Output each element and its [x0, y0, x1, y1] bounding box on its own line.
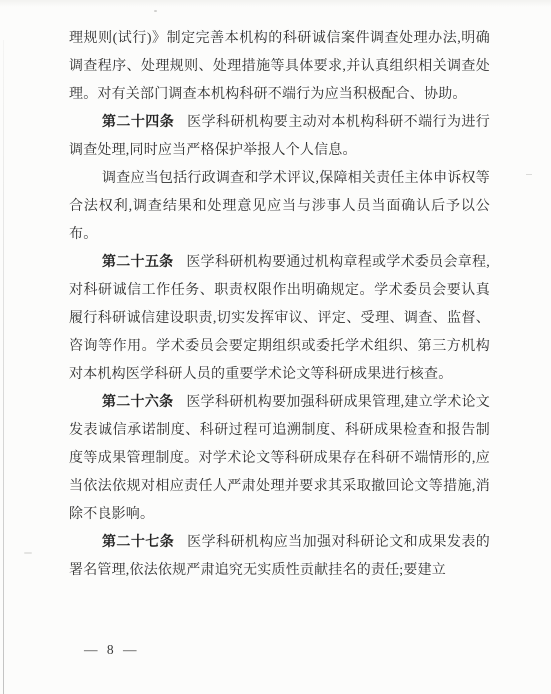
- body-paragraph: 理规则(试行)》制定完善本机构的科研诚信案件调查处理办法,明确调查程序、处理规则…: [69, 25, 490, 109]
- scan-speck: [154, 10, 157, 12]
- body-paragraph: 调查应当包括行政调查和学术评议,保障相关责任主体申诉权等合法权利,调查结果和处理…: [69, 165, 490, 249]
- article-paragraph: 第二十五条医学科研机构要通过机构章程或学术委员会章程,对科研诚信工作任务、职责权…: [69, 249, 490, 389]
- scan-speck: [526, 174, 532, 175]
- article-paragraph: 第二十四条医学科研机构要主动对本机构科研不端行为进行调查处理,同时应当严格保护举…: [69, 109, 490, 165]
- page-edge-line: [3, 40, 4, 694]
- scan-top-shading: [0, 0, 551, 7]
- article-number: 第二十七条: [102, 535, 174, 550]
- article-paragraph: 第二十六条医学科研机构要加强科研成果管理,建立学术论文发表诚信承诺制度、科研过程…: [69, 389, 490, 529]
- scan-speck: [24, 552, 32, 554]
- article-number: 第二十五条: [102, 255, 173, 270]
- article-paragraph: 第二十七条医学科研机构应当加强对科研论文和成果发表的署名管理,依法依规严肃追究无…: [69, 529, 490, 585]
- scanned-document-page: 理规则(试行)》制定完善本机构的科研诚信案件调查处理办法,明确调查程序、处理规则…: [0, 0, 551, 694]
- article-number: 第二十四条: [102, 115, 174, 130]
- page-number: — 8 —: [84, 642, 140, 658]
- document-body: 理规则(试行)》制定完善本机构的科研诚信案件调查处理办法,明确调查程序、处理规则…: [69, 25, 490, 585]
- article-number: 第二十六条: [102, 395, 173, 410]
